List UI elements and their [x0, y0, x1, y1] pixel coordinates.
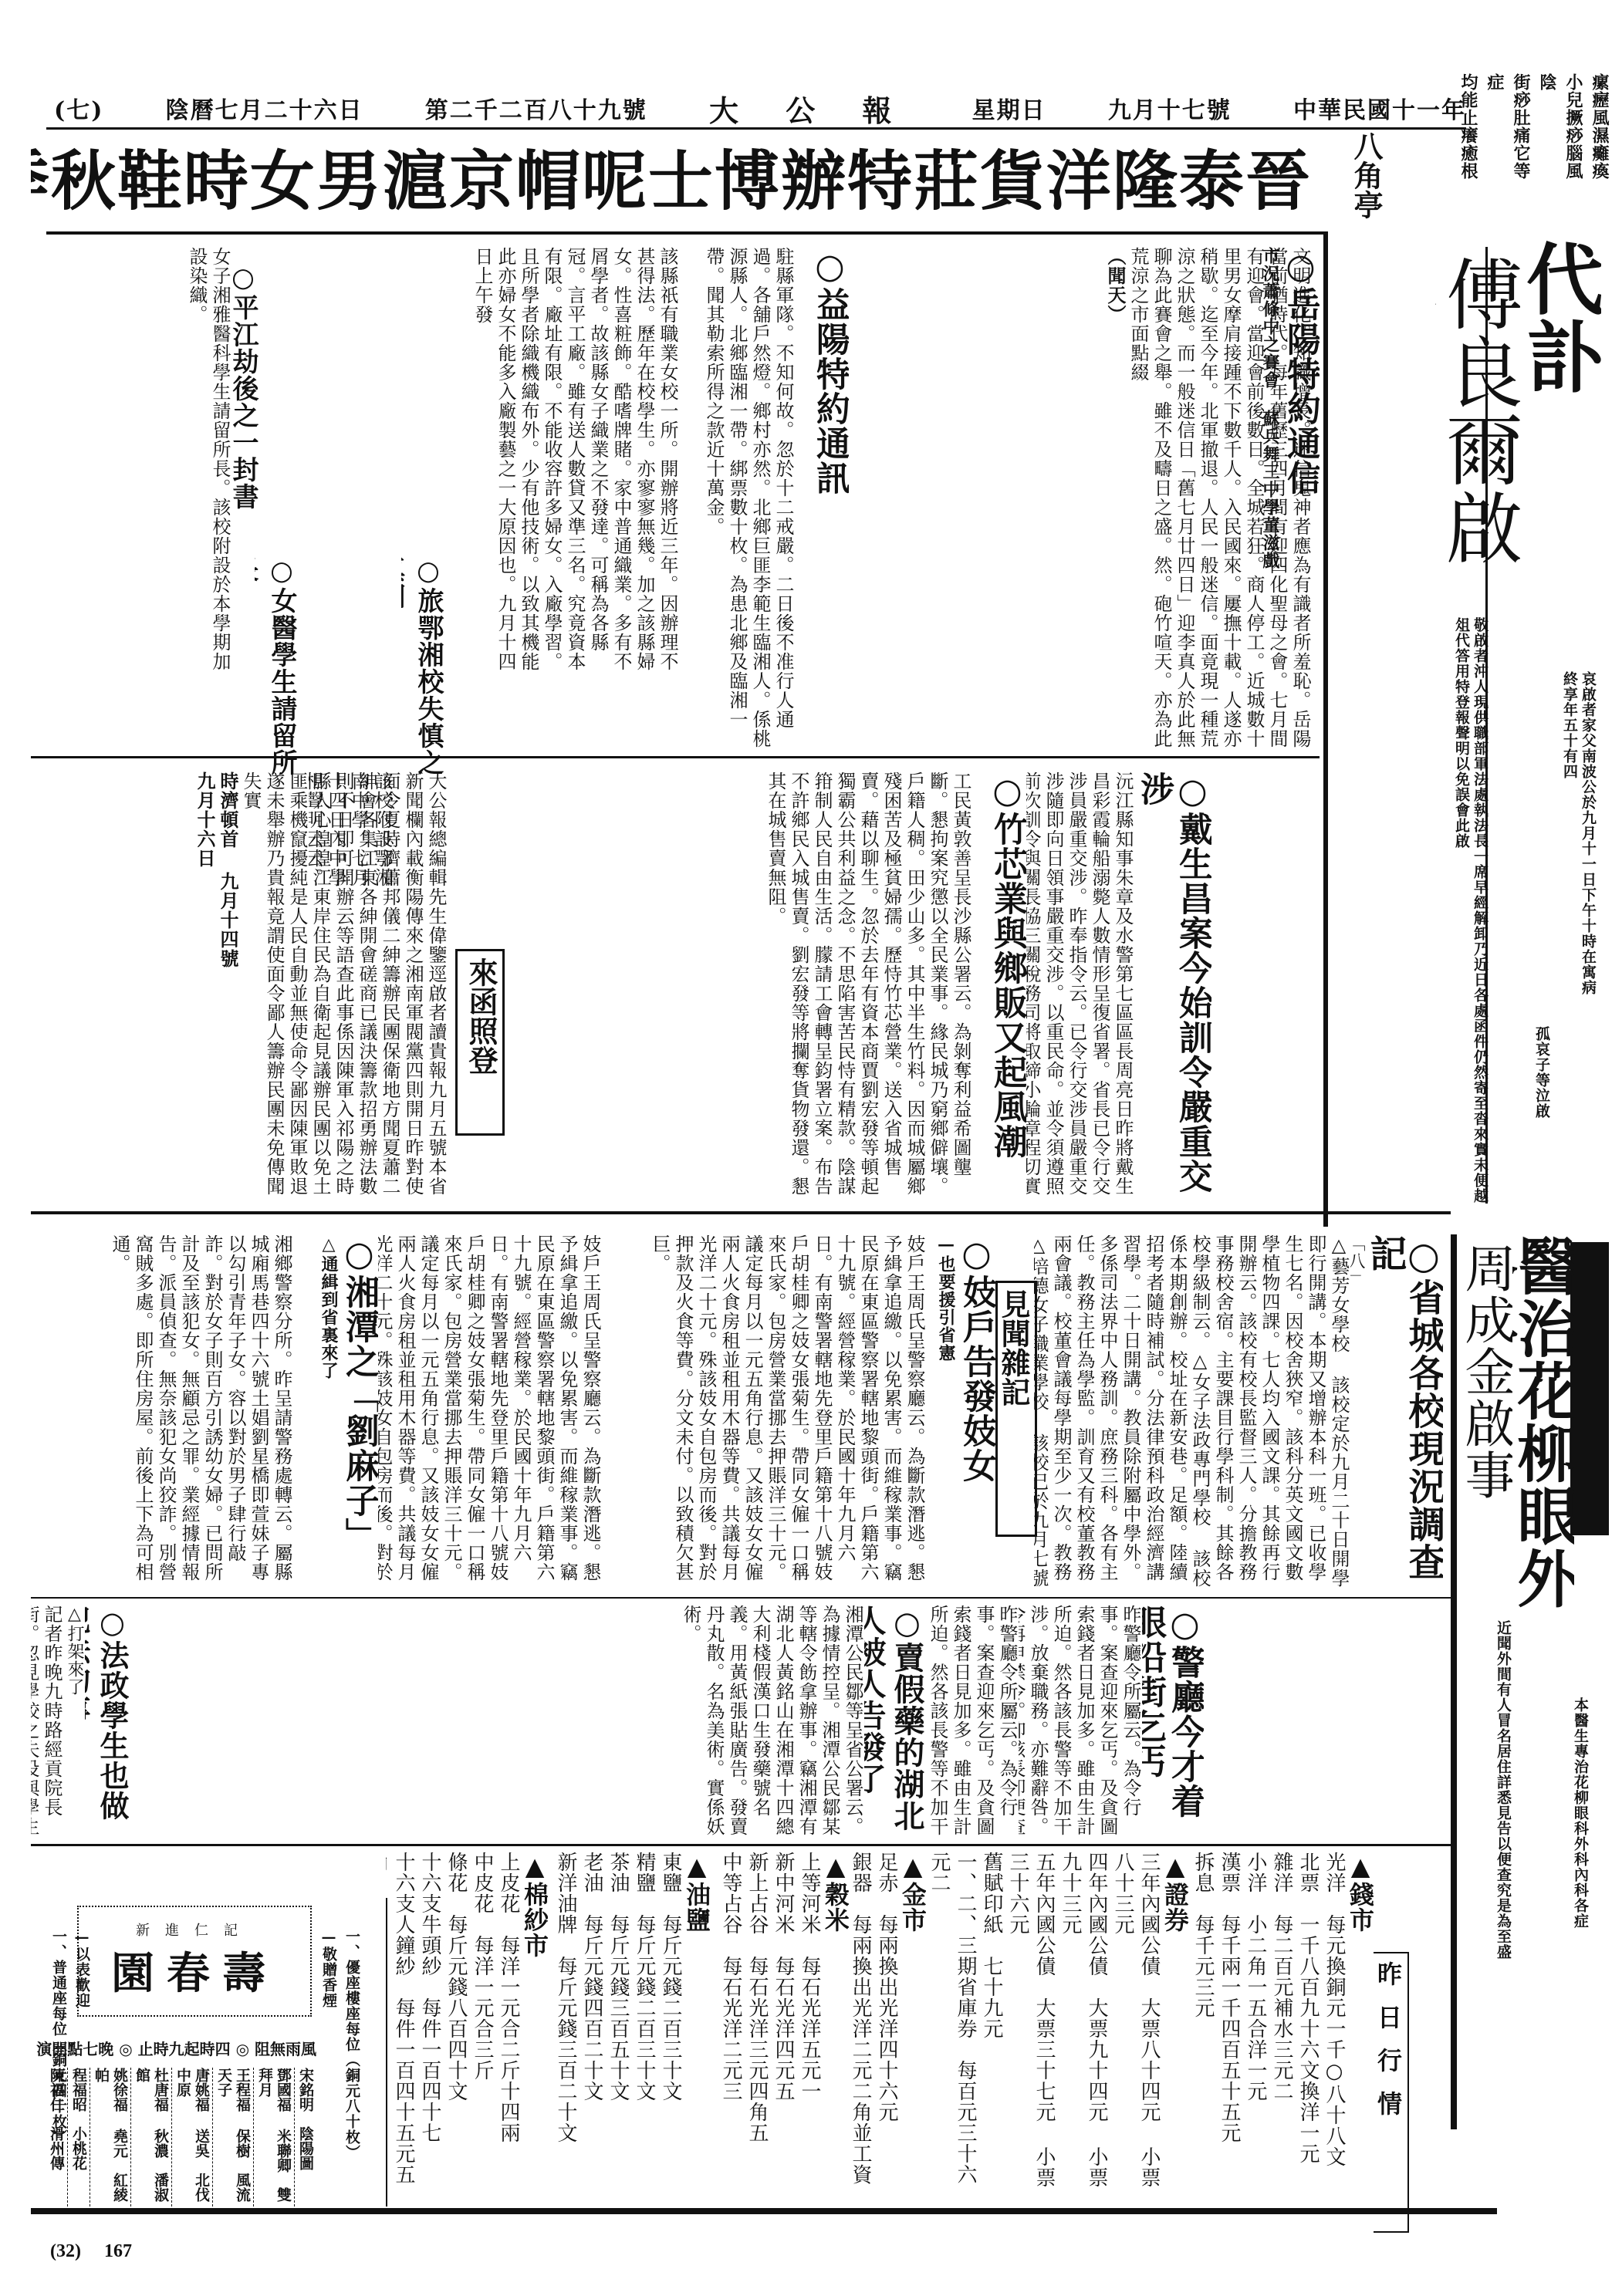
- bottom-rule: [31, 2208, 1497, 2214]
- market-gold: ▲金市 足赤 每兩換出光洋四十六元 銀器 每兩換出光洋二元二角並工資: [849, 1852, 926, 2191]
- gold-market-title: ▲金市: [900, 1852, 926, 2191]
- market-cotton: ▲棉紗市 上皮花 每洋一元合二斤十四兩 中皮花 每洋一元合三斤 條花 每斤元錢八…: [386, 1852, 548, 2191]
- row-rule-1: [31, 756, 1320, 758]
- market-row: 銀器 每兩換出光洋二元二角並工資: [849, 1852, 874, 2191]
- article-prostitute-body: 妓戶王周氏呈警察廳云。為斷款潛逃。懇予緝拿追繳。以免累害。而維稼業事。竊民原在東…: [602, 1234, 926, 1597]
- market-row: 足赤 每兩換出光洋四十六元: [874, 1852, 900, 2191]
- article-letter-body: 大公報總編輯先生偉鑒逕啟者讀貴報九月五號本省新聞欄內載衡陽傳來之湘南軍閥黨四則開…: [31, 772, 448, 1204]
- obituary-title: 代訃: [1516, 239, 1601, 671]
- theatre-ad-frame: 新進仁記 壽春園: [77, 1906, 312, 2017]
- market-row: 茶油 每斤元錢三百五十文: [605, 1852, 631, 2191]
- market-row: 雜洋 每二百元補水三元二: [1269, 1852, 1295, 2191]
- article-dai-body: 沅江縣知事朱章及水警第七區區長周亮日昨將戴生昌彩霞輪船溺斃人數情形呈復省署。省長…: [1026, 772, 1134, 1204]
- article-xiangtan-head: ○湘潭之「劉麻子」 △通緝到省裏來了: [293, 1234, 378, 1597]
- market-row: 條花 每斤元錢八百四十文: [443, 1852, 469, 2191]
- article-students-body: △打架來了 記者昨晚九時路經貢院長街。忽見學校之夫役與學生在街一號二人。予如胡閒…: [31, 1605, 85, 1836]
- row-rule-3: [31, 1597, 1451, 1599]
- notice-title: 傅良爾啟事: [1435, 255, 1520, 617]
- year: 中華民國十一年: [1293, 91, 1466, 125]
- article-female-students-head: ○女醫學生請留所長: [255, 555, 301, 787]
- headline-students-law: ○法政學生也做犯法的事: [85, 1605, 131, 1836]
- headline-beggars: ○警廳今才着眼沿街乞丐: [1142, 1605, 1204, 1836]
- market-row: 一、二、三期省庫券 每百元三十六元二: [926, 1852, 978, 2191]
- volume-number: (32): [50, 2241, 81, 2261]
- market-securities: ▲證券 三年內國公債 大票八十四元 小票八十三元 四年內國公債 大票九十四元 小…: [926, 1852, 1188, 2191]
- medical-ad: 醫治花柳眼外各科: [1512, 1234, 1574, 1666]
- row-rule-4: [31, 1844, 1451, 1846]
- article-prostitute-cont: 昨警廳令所屬云。為令行事。案查迎來乞丐。及貪圖索錢者日見加多。雖由生計所迫。然各…: [926, 1605, 1019, 1836]
- article-schools-body: △藝芳女學校 該校定於九月二十日開學即行開講。本期又增辦本科一班。已收學生七名。…: [1034, 1234, 1350, 1597]
- chengjin-notice: 周成金啟事: [1458, 1242, 1512, 1605]
- headline-fake-medicine: ○賣假藥的湖北人被人告發了: [864, 1605, 926, 1836]
- article-left-top: 女子湘雅醫科學生請留所長。該校附設於本學期加設染織。: [31, 247, 231, 679]
- program-item: 姚徐福 堯元 紅綾帕: [90, 2068, 130, 2207]
- banner-tag: 八角亭: [1312, 131, 1381, 224]
- market-row: 中等占谷 每石光洋二元三: [718, 1852, 744, 2191]
- market-row: 精鹽 每斤元錢二百三十文: [631, 1852, 657, 2191]
- program-item: 鄧國福 米聯卿 雙拜月: [253, 2068, 294, 2207]
- chengjin-notice-title: 周成金啟事: [1458, 1242, 1512, 1605]
- market-row: 上皮花 每洋一元合二斤十四兩: [495, 1852, 522, 2191]
- medical-ad-title: 醫治花柳眼外各科: [1512, 1234, 1574, 1666]
- money-market-title: ▲錢市: [1347, 1852, 1374, 2191]
- right-ad-rule: [1451, 1234, 1457, 2129]
- article-dai-head: ○戴生昌案今始訓令嚴重交涉: [1134, 772, 1211, 1204]
- news-box-label: 見聞雜記: [995, 1281, 1037, 1537]
- headline-yiyang: ○益陽特約通訊: [810, 247, 849, 756]
- letters-box-label: 來函照登: [455, 949, 505, 1136]
- market-row: 東鹽 每斤元錢二百三十文: [657, 1852, 684, 2191]
- program-item: 宋銘明 陰陽圖: [294, 2068, 316, 2207]
- theatre-program: 宋銘明 陰陽圖 鄧國福 米聯卿 雙拜月 王程福 保樹 風流天子 唐姚福 送吳 北…: [85, 2068, 316, 2207]
- market-row: 漢票 每千兩一千四百五十五元: [1216, 1852, 1242, 2191]
- market-row: 新上占谷 每石光洋三元四角五: [744, 1852, 770, 2191]
- market-theatre-divider: [386, 1898, 387, 2207]
- headline-zhuxin: ○竹芯業與鄉販又起風潮: [988, 772, 1026, 1204]
- date: 九月十七號: [1108, 91, 1232, 125]
- theatre-label-left: —以表歡迎: [69, 1929, 91, 2021]
- rice-market-title: ▲穀米: [823, 1852, 849, 2191]
- headline-xiangtan: ○湘潭之「劉麻子」: [340, 1234, 378, 1597]
- theatre-schedule: 風雨無阻 ◎ 四時起九時止 ◎ 晚七點開演: [69, 2037, 316, 2060]
- market-row: 小洋 小二角一五合洋一元: [1242, 1852, 1269, 2191]
- article-prostitute-head: ○妓戶告發妓女 —也要援引省憲: [926, 1234, 995, 1597]
- article-ezhou-head: ○旅鄂湘校失慎之真相: [401, 555, 448, 787]
- article-medicine-body: 湘潭公民鄒等呈省公署云。為據情控呈。湘潭公民鄒某等轄令飭拿辦事。竊湘潭有湖北人黃…: [131, 1605, 864, 1836]
- program-item: 王程福 保樹 風流天子: [212, 2068, 253, 2207]
- theatre-name: 壽春園: [79, 1940, 310, 2001]
- notice-ad: 傅良爾啟事: [1435, 255, 1520, 617]
- article-xiangtan-body: 湘鄉警察分所。昨呈請警務處轉云。屬縣城廂馬巷四十六號土娼劉星橋即萱妹子專以勾引青…: [31, 1234, 293, 1597]
- medical-ad-body: 本醫生專治花柳眼科外科內科各症: [1536, 1697, 1590, 2129]
- market-row: 新洋油牌 每斤元錢三百二十文: [552, 1852, 579, 2191]
- headline-provincial-schools: ○省城各校現況調查記: [1366, 1234, 1443, 1597]
- market-row: 十六支人鐘紗 每件一百四十五元五角: [386, 1852, 417, 2191]
- market-row: 老油 每斤元錢四百二十文: [579, 1852, 605, 2191]
- article-yiyang-body: 駐縣軍隊。不知何故。忽於十二戒嚴。二日後不准行人通過。各舖戶然燈。鄉村亦然。北鄉…: [679, 247, 795, 756]
- ad-column-rule: [1323, 231, 1328, 1227]
- medical-ad-bar: [1570, 1242, 1609, 1535]
- market-row: 舊賦印紙 七十九元: [978, 1852, 1005, 2191]
- market-row: 十六支牛頭紗 每件一百四十七: [417, 1852, 443, 2191]
- securities-title: ▲證券: [1162, 1852, 1188, 2191]
- issue-number: 第二千二百八十九號: [425, 91, 647, 125]
- article-zhuxin-head: ○竹芯業與鄉販又起風潮: [972, 772, 1026, 1204]
- oil-salt-title: ▲油鹽: [684, 1852, 710, 2191]
- article-schools-head: ○省城各校現況調查記 「八」: [1350, 1234, 1443, 1597]
- notice-body: 敬啟者沖人現供職部軍法處執法長一席早經解卸乃近日各處函件仍然寄至沓來實未便越俎代…: [1451, 617, 1489, 1211]
- program-item: 杜唐福 秋濃 潘淑館: [130, 2068, 171, 2207]
- banner-advert: 晉泰隆洋貨莊特辦博士呢帽京滬男女時鞋秋季各種紗帽: [31, 139, 1312, 224]
- market-oil-salt: ▲油鹽 東鹽 每斤元錢二百三十文 精鹽 每斤元錢二百三十文 茶油 每斤元錢三百五…: [548, 1852, 710, 2191]
- market-row: 拆息 每千元三元: [1190, 1852, 1216, 2191]
- theatre-subtitle: 新進仁記: [79, 1920, 310, 1940]
- program-item: 程福昭 小桃花: [67, 2068, 90, 2207]
- masthead-rule: [46, 127, 1466, 130]
- program-item: 唐姚福 送吳 北伐中原: [171, 2068, 212, 2207]
- masthead: 中華民國十一年 九月十七號 星期日 大 公 報 第二千二百八十九號 陰曆七月二十…: [54, 93, 1466, 123]
- headline-ezhou: ○旅鄂湘校失慎之真相: [401, 555, 448, 787]
- obituary-signature: 孤哀子等泣啟: [1520, 1026, 1551, 1211]
- market-row: 光洋 每元換銅元一千○八十八文: [1321, 1852, 1347, 2191]
- theatre-price-right: 一、優座樓座每位（銅元八十枚）: [340, 1929, 361, 2207]
- cotton-market-title: ▲棉紗市: [522, 1852, 548, 2191]
- headline-prostitute: ○妓戶告發妓女: [957, 1234, 995, 1597]
- market-money: ▲錢市 光洋 每元換銅元一千○八十八文 北票 一千八百九十六文換洋一元 雜洋 每…: [1188, 1852, 1374, 2191]
- market-row: 中皮花 每洋一元合三斤: [469, 1852, 495, 2191]
- article-beggars-head: ○警廳今才着眼沿街乞丐 △他却說「今再申禁令」……: [1142, 1605, 1204, 1836]
- article-medicine-head: ○賣假藥的湖北人被人告發了 —還有製造迷藥麻醉婦女一段罪案: [864, 1605, 926, 1836]
- market-row: 上等河米 每石光洋五元一: [796, 1852, 823, 2191]
- market-row: 四年內國公債 大票九十四元 小票九十三元: [1057, 1852, 1110, 2191]
- obituary-body: 哀啟者家父南波公於九月十一日下午十時在寓病終享年五十有四: [1497, 671, 1597, 995]
- market-rice: ▲穀米 上等河米 每石光洋五元一 新中河米 每石光洋四元五 新上占谷 每石光洋三…: [710, 1852, 849, 2191]
- theatre-label-right: —敬贈香煙: [316, 1929, 338, 2021]
- article-yueyang-body: 文明進化。知識增長。迷信鬼神者應為有識者所羞恥。岳陽當前猶時代。每年舊歷三四月間…: [849, 247, 1312, 756]
- article-middle-cont: 妓戶王周氏呈警察廳云。為斷款潛逃。懇予緝拿追繳。以免累害。而維稼業事。竊民原在東…: [378, 1234, 602, 1597]
- page-number: (七): [54, 91, 103, 125]
- banner-rule: [46, 231, 1327, 235]
- paper-name: 大 公 報: [709, 87, 910, 130]
- weekday: 星期日: [972, 91, 1046, 125]
- article-students-head: ○法政學生也做犯法的事: [85, 1605, 131, 1836]
- page-folio: 167: [104, 2241, 132, 2261]
- article-beggars-body: 昨警廳令所屬云。為令行事。案查迎來乞丐。及貪圖索錢者日見加多。雖由生計所迫。然各…: [1019, 1605, 1142, 1836]
- row-rule-2: [31, 1211, 1451, 1214]
- market-row: 三年內國公債 大票八十四元 小票八十三元: [1110, 1852, 1162, 2191]
- chengjin-notice-body: 近聞外間有人冒名居住詳悉見告以便查究是為至盛: [1466, 1620, 1512, 2114]
- market-row: 北票 一千八百九十六文換洋一元: [1295, 1852, 1321, 2191]
- market-row: 新中河米 每石光洋四元五: [770, 1852, 796, 2191]
- page-footer: (32) 167: [50, 2241, 132, 2262]
- headline-female-students: ○女醫學生請留所長: [255, 555, 301, 787]
- article-yiyang-head: ○益陽特約通訊: [795, 247, 849, 756]
- headline-dai-shengchang: ○戴生昌案今始訓令嚴重交涉: [1134, 772, 1211, 1204]
- program-item: 陳福仁 滑州傳: [46, 2068, 67, 2207]
- lunar-date: 陰曆七月二十六日: [166, 91, 363, 125]
- article-zhuxin-body: 工民黃敦善呈長沙縣公署云。為剝奪利益希圖壟斷。懇拘案究懲以全民業事。緣民城乃窮鄉…: [494, 772, 972, 1204]
- market-section-title: 昨日行情: [1374, 1952, 1409, 2233]
- market-row: 五年內國公債 大票三十七元 小票三十六元: [1005, 1852, 1057, 2191]
- top-right-ad: 瘰癧風濕癱瘓 小兒撅痧腦風陰 街痧肚痛它等症 均能止癢癒根永不再發 每盒粉藥小五…: [1458, 73, 1613, 197]
